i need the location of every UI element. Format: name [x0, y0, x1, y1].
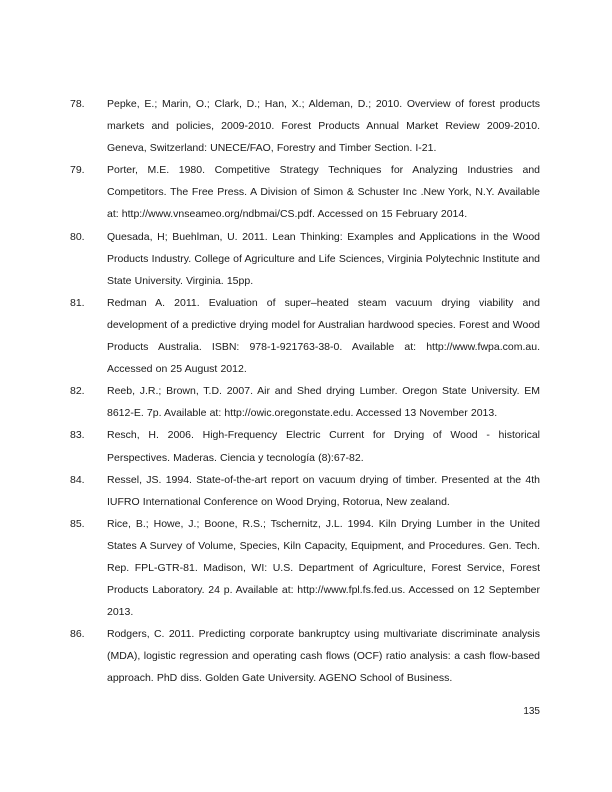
reference-item: 85. Rice, B.; Howe, J.; Boone, R.S.; Tsc…	[70, 513, 540, 623]
reference-number: 79.	[70, 159, 107, 181]
reference-text: Resch, H. 2006. High-Frequency Electric …	[107, 424, 540, 468]
reference-text: Ressel, JS. 1994. State-of-the-art repor…	[107, 469, 540, 513]
reference-number: 83.	[70, 424, 107, 446]
reference-number: 80.	[70, 226, 107, 248]
page-number: 135	[0, 705, 540, 719]
reference-item: 81. Redman A. 2011. Evaluation of super–…	[70, 292, 540, 380]
reference-item: 82. Reeb, J.R.; Brown, T.D. 2007. Air an…	[70, 380, 540, 424]
document-page: 78. Pepke, E.; Marin, O.; Clark, D.; Han…	[0, 0, 612, 792]
reference-item: 83. Resch, H. 2006. High-Frequency Elect…	[70, 424, 540, 468]
reference-text: Rodgers, C. 2011. Predicting corporate b…	[107, 623, 540, 689]
reference-text: Rice, B.; Howe, J.; Boone, R.S.; Tschern…	[107, 513, 540, 623]
reference-number: 86.	[70, 623, 107, 645]
reference-item: 86. Rodgers, C. 2011. Predicting corpora…	[70, 623, 540, 689]
reference-number: 81.	[70, 292, 107, 314]
reference-text: Pepke, E.; Marin, O.; Clark, D.; Han, X.…	[107, 93, 540, 159]
reference-item: 79. Porter, M.E. 1980. Competitive Strat…	[70, 159, 540, 225]
reference-text: Porter, M.E. 1980. Competitive Strategy …	[107, 159, 540, 225]
reference-text: Reeb, J.R.; Brown, T.D. 2007. Air and Sh…	[107, 380, 540, 424]
reference-item: 84. Ressel, JS. 1994. State-of-the-art r…	[70, 469, 540, 513]
reference-number: 78.	[70, 93, 107, 115]
reference-number: 85.	[70, 513, 107, 535]
reference-text: Redman A. 2011. Evaluation of super–heat…	[107, 292, 540, 380]
reference-text: Quesada, H; Buehlman, U. 2011. Lean Thin…	[107, 226, 540, 292]
reference-list: 78. Pepke, E.; Marin, O.; Clark, D.; Han…	[70, 93, 540, 690]
reference-item: 78. Pepke, E.; Marin, O.; Clark, D.; Han…	[70, 93, 540, 159]
reference-number: 84.	[70, 469, 107, 491]
reference-number: 82.	[70, 380, 107, 402]
reference-item: 80. Quesada, H; Buehlman, U. 2011. Lean …	[70, 226, 540, 292]
